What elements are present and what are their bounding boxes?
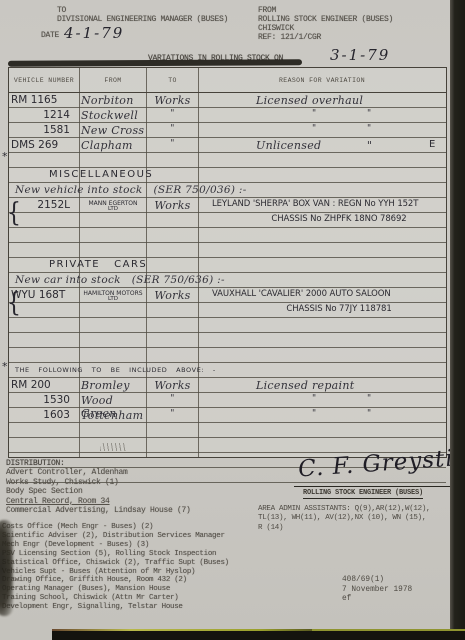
distribution-line: Operating Manager (Buses), Mansion House — [2, 585, 229, 594]
distribution-list-1: Advert Controller, AldenhamWorks Study, … — [6, 468, 191, 516]
table-cell: E — [429, 138, 441, 152]
table-header-row: VEHICLE NUMBER FROM TO REASON FOR VARIAT… — [9, 68, 446, 93]
table-row: RM 1165NorbitonWorksLicensed overhaul — [9, 93, 446, 108]
distribution-line: Body Spec Section — [6, 487, 191, 497]
table-cell-subline: LTD — [81, 206, 145, 213]
distribution-line: Drawing Office, Griffith House, Room 432… — [2, 576, 229, 585]
table-cell: MISCELLANEOUS — [49, 168, 349, 182]
from-label: FROM — [258, 6, 276, 15]
table-cell: Works — [148, 198, 197, 212]
table-cell: RM 1165 — [11, 93, 77, 107]
table-row: 1214Stockwell"" " — [9, 108, 446, 123]
table-body: RM 1165NorbitonWorksLicensed overhaul121… — [9, 93, 446, 483]
table-row: *THE FOLLOWING TO BE INCLUDED ABOVE: - — [9, 363, 446, 378]
to-label: TO — [57, 6, 66, 15]
table-cell: New vehicle into stock (SER 750/036) :- — [15, 183, 435, 197]
from-ref: REF: 121/1/CGR — [258, 33, 321, 42]
table-cell: CHASSIS No ZHPFK 18NO 78692 — [200, 213, 444, 227]
table-cell: New car into stock (SER 750/636) :- — [15, 273, 435, 287]
area-admin-line: TL(13), WH(11), AV(12),NX (10), WN (15), — [258, 514, 430, 523]
table-cell: VAUXHALL 'CAVALIER' 2000 AUTO SALOON — [200, 288, 444, 302]
from-line1: ROLLING STOCK ENGINEER (BUSES) — [258, 15, 393, 24]
scan-edge-bottom — [52, 629, 465, 640]
scan-smear — [8, 59, 302, 67]
distribution-line: PSV Licensing Section (5), Rolling Stock… — [2, 550, 229, 559]
table-row: 1603Tottenham"" " — [9, 408, 446, 423]
table-cell: MANN EGERTONLTD — [81, 198, 145, 212]
table-cell: Wood Green — [81, 393, 145, 407]
table-cell: " — [148, 408, 197, 422]
table-cell: PRIVATE CARS — [49, 258, 349, 272]
table-cell: LEYLAND 'SHERPA' BOX VAN : REGN No YYH 1… — [200, 198, 444, 212]
table-cell: Unlicensed " — [200, 138, 444, 152]
variation-table: VEHICLE NUMBER FROM TO REASON FOR VARIAT… — [8, 67, 447, 458]
table-cell: DMS 269 — [11, 138, 77, 152]
distribution-line: Central Record, Room 34 — [6, 497, 191, 507]
table-cell-subline: LTD — [81, 296, 145, 303]
table-cell: Bromley — [81, 378, 145, 392]
table-row: PRIVATE CARS — [9, 258, 446, 273]
table-cell: Works — [148, 93, 197, 107]
table-cell: " " — [200, 408, 444, 422]
asterisk-marker: * — [2, 360, 8, 373]
table-row — [9, 423, 446, 438]
ink-smudge — [0, 520, 13, 616]
table-cell: Works — [148, 288, 197, 302]
table-row: RM 200BromleyWorksLicensed repaint — [9, 378, 446, 393]
table-cell: " — [148, 393, 197, 407]
footer-block: 408/69(1) 7 November 1978 ef — [342, 576, 412, 605]
table-cell: RM 200 — [11, 378, 77, 392]
table-cell: 1581 — [11, 123, 77, 137]
distribution-line: Scientific Adviser (2), Distribution Ser… — [2, 532, 229, 541]
area-admin-assistants: AREA ADMIN ASSISTANTS: Q(9),AR(12),W(12)… — [258, 505, 430, 533]
table-cell: " " — [200, 393, 444, 407]
col-header-to: TO — [148, 68, 197, 92]
table-row: DMS 269Clapham"Unlicensed "E — [9, 138, 446, 153]
table-row: 1581New Cross"" " — [9, 123, 446, 138]
scan-edge-right — [450, 0, 465, 640]
distribution-line: Works Study, Chiswick (1) — [6, 478, 191, 488]
distribution-list-2: Costs Office (Mech Engr - Buses) (2)Scie… — [2, 523, 229, 612]
table-row — [9, 333, 446, 348]
table-row: 1530Wood Green"" " — [9, 393, 446, 408]
table-row — [9, 348, 446, 363]
table-row: New car into stock (SER 750/636) :- — [9, 273, 446, 288]
table-row: CHASSIS No ZHPFK 18NO 78692 — [9, 213, 446, 228]
distribution-line: Mech Engr (Development - Buses) (3) — [2, 541, 229, 550]
table-cell: 1603 — [11, 408, 77, 422]
footer-initials: ef — [342, 595, 412, 605]
to-value: DIVISIONAL ENGINEERING MANAGER (BUSES) — [57, 15, 228, 24]
col-header-reason: REASON FOR VARIATION — [200, 68, 444, 92]
table-cell: Licensed repaint — [200, 378, 444, 392]
table-cell: Stockwell — [81, 108, 145, 122]
table-cell: Works — [148, 378, 197, 392]
distribution-line: Development Engr, Signalling, Telstar Ho… — [2, 603, 229, 612]
table-row — [9, 228, 446, 243]
distribution-line: Costs Office (Mech Engr - Buses) (2) — [2, 523, 229, 532]
footer-ref: 408/69(1) — [342, 576, 412, 586]
table-row: WYU 168THAMILTON MOTORSLTDWorks{VAUXHALL… — [9, 288, 446, 303]
table-cell: 1214 — [11, 108, 77, 122]
distribution-line: Commercial Advertising, Lindsay House (7… — [6, 506, 191, 516]
distribution-label: DISTRIBUTION: — [6, 459, 65, 468]
table-row: 2152LMANN EGERTONLTDWorks{LEYLAND 'SHERP… — [9, 198, 446, 213]
signature-line — [294, 486, 458, 487]
title-date-handwritten: 3-1-79 — [330, 46, 390, 64]
document-page: TO DIVISIONAL ENGINEERING MANAGER (BUSES… — [0, 0, 465, 640]
date-handwritten: 4-1-79 — [64, 24, 124, 42]
table-row — [9, 243, 446, 258]
footer-date: 7 November 1978 — [342, 586, 412, 596]
table-row: CHASSIS No 77JY 118781 — [9, 303, 446, 318]
pencil-scribble — [100, 443, 126, 451]
table-cell: Clapham — [81, 138, 145, 152]
table-cell: HAMILTON MOTORSLTD — [81, 288, 145, 302]
from-line2: CHISWICK — [258, 24, 294, 33]
distribution-line: Advert Controller, Aldenham — [6, 468, 191, 478]
col-header-vehicle-number: VEHICLE NUMBER — [11, 68, 77, 92]
col-header-from: FROM — [81, 68, 145, 92]
table-cell: Tottenham — [81, 408, 145, 422]
area-admin-line: R (14) — [258, 524, 430, 533]
table-cell: " " — [200, 108, 444, 122]
table-row — [9, 318, 446, 333]
distribution-line: Training School, Chiswick (Attn Mr Carte… — [2, 594, 229, 603]
table-cell: " — [148, 138, 197, 152]
table-cell: CHASSIS No 77JY 118781 — [200, 303, 444, 317]
area-admin-line: AREA ADMIN ASSISTANTS: Q(9),AR(12),W(12)… — [258, 505, 430, 514]
signature-title: ROLLING STOCK ENGINEER (BUSES) — [303, 489, 423, 499]
table-cell: THE FOLLOWING TO BE INCLUDED ABOVE: - — [15, 363, 435, 377]
table-row: New vehicle into stock (SER 750/036) :- — [9, 183, 446, 198]
asterisk-marker: * — [2, 150, 8, 163]
table-cell: " " — [200, 123, 444, 137]
table-cell: New Cross — [81, 123, 145, 137]
table-cell: 1530 — [11, 393, 77, 407]
table-cell: " — [148, 123, 197, 137]
table-row: * — [9, 153, 446, 168]
distribution-line: Statistical Office, Chiswick (2), Traffi… — [2, 559, 229, 568]
table-cell: Norbiton — [81, 93, 145, 107]
date-label: DATE — [41, 31, 59, 40]
table-row: MISCELLANEOUS — [9, 168, 446, 183]
table-cell: Licensed overhaul — [200, 93, 444, 107]
table-cell: " — [148, 108, 197, 122]
